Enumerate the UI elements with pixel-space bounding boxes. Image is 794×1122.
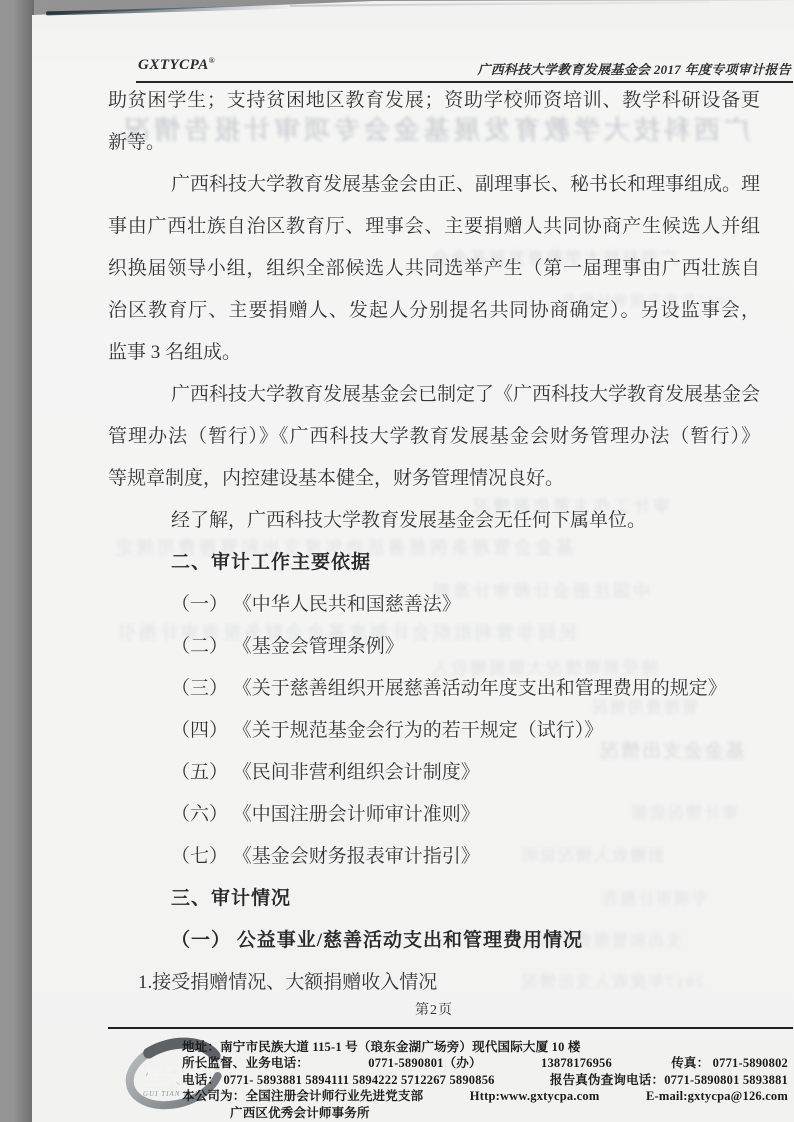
- body-line: 事由广西壮族自治区教育厅、理事会、主要捐赠人共同协商产生候选人并组: [108, 206, 760, 248]
- footer-contact-block: 地址：南宁市民族大道 115-1 号（琅东金湖广场旁）现代国际大厦 10 楼 所…: [182, 1039, 788, 1121]
- header-firm-abbrev: GXTYCPA®: [138, 56, 215, 74]
- body-line: 助贫困学生；支持贫困地区教育发展；资助学校师资培训、教学科研设备更: [108, 80, 760, 122]
- body-line: 二、审计工作主要依据: [108, 542, 760, 584]
- scanned-page: GXTYCPA® 广西科技大学教育发展基金会 2017 年度专项审计报告 广西科…: [32, 0, 794, 1122]
- body-line: （一） 《中华人民共和国慈善法》: [108, 584, 760, 626]
- verify-label: 报告真伪查询电话：: [550, 1073, 664, 1087]
- body-line: （六） 《中国注册会计师审计准则》: [108, 794, 760, 836]
- body-line: 织换届领导小组，组织全部候选人共同选举产生（第一届理事由广西壮族自: [108, 248, 760, 290]
- body-line: 广西科技大学教育发展基金会由正、副理事长、秘书长和理事组成。理: [108, 164, 760, 206]
- footer-honor2-line: 广西区优秀会计师事务所: [182, 1105, 788, 1121]
- fax-label: 传真：: [671, 1056, 709, 1070]
- header-report-title: 广西科技大学教育发展基金会 2017 年度专项审计报告: [477, 59, 791, 78]
- body-line: （三） 《关于慈善组织开展慈善活动年度支出和管理费用的规定》: [108, 668, 760, 710]
- body-line: （五） 《民间非营利组织会计制度》: [108, 752, 760, 794]
- address-value: 南宁市民族大道 115-1 号（琅东金湖广场旁）现代国际大厦 10 楼: [220, 1040, 580, 1054]
- footer-address-line: 地址：南宁市民族大道 115-1 号（琅东金湖广场旁）现代国际大厦 10 楼: [182, 1039, 788, 1055]
- body-text: 助贫困学生；支持贫困地区教育发展；资助学校师资培训、教学科研设备更新等。广西科技…: [108, 80, 760, 1004]
- office-phone: 0771-5890801（办）: [368, 1055, 481, 1071]
- footer-phone-line: 所长监督、业务电话： 0771-5890801（办） 13878176956 传…: [182, 1055, 788, 1071]
- scanner-background: { "header": { "firm_abbrev": "GXTYCPA", …: [0, 0, 794, 1122]
- honor-group: 本公司为：全国注册会计师行业先进党支部: [182, 1088, 423, 1104]
- body-line: （四） 《关于规范基金会行为的若干规定（试行）》: [108, 710, 760, 752]
- page-number: 第2页: [108, 999, 760, 1019]
- body-line: 经了解，广西科技大学教育发展基金会无任何下属单位。: [108, 500, 760, 542]
- company-label: 本公司为：: [182, 1089, 246, 1103]
- body-line: 1.接受捐赠情况、大额捐赠收入情况: [108, 962, 760, 1004]
- tel-numbers: 0771- 5893881 5894111 5894222 5712267 58…: [223, 1073, 494, 1087]
- mobile-phone: 13878176956: [541, 1055, 612, 1071]
- company-honor: 全国注册会计师行业先进党支部: [246, 1089, 424, 1103]
- verify-numbers: 0771-5890801 5893881: [664, 1073, 788, 1087]
- director-phone-label: 所长监督、业务电话：: [182, 1055, 309, 1071]
- body-line: 三、审计情况: [108, 878, 760, 920]
- fax-group: 传真： 0771-5890802: [671, 1055, 788, 1071]
- tel-label: 电话：: [182, 1073, 220, 1087]
- tel-group: 电话： 0771- 5893881 5894111 5894222 571226…: [182, 1072, 495, 1088]
- registered-mark-icon: ®: [209, 56, 215, 65]
- firm-abbrev-text: GXTYCPA: [138, 57, 209, 73]
- body-line: 治区教育厅、主要捐赠人、发起人分别提名共同协商确定）。另设监事会，: [108, 290, 760, 332]
- body-line: （七） 《基金会财务报表审计指引》: [108, 836, 760, 878]
- body-line: 管理办法（暂行）》《广西科技大学教育发展基金会财务管理办法（暂行）》: [108, 416, 760, 458]
- body-line: 等规章制度，内控建设基本健全，财务管理情况良好。: [108, 458, 760, 500]
- paper-edge-shadow: [14, 0, 34, 1122]
- email-text: E-mail:gxtycpa@126.com: [646, 1088, 788, 1104]
- verify-group: 报告真伪查询电话：0771-5890801 5893881: [550, 1072, 788, 1088]
- website-text: Http:www.gxtycpa.com: [470, 1088, 600, 1104]
- body-line: 广西科技大学教育发展基金会已制定了《广西科技大学教育发展基金会: [108, 374, 760, 416]
- body-line: （一） 公益事业/慈善活动支出和管理费用情况: [108, 920, 760, 962]
- footer-rule: [108, 1027, 793, 1029]
- body-line: （二） 《基金会管理条例》: [108, 626, 760, 668]
- footer-tel-line: 电话： 0771- 5893881 5894111 5894222 571226…: [182, 1072, 788, 1088]
- fax-number: 0771-5890802: [713, 1056, 788, 1070]
- address-label: 地址：: [182, 1040, 220, 1054]
- body-line: 监事 3 名组成。: [108, 332, 760, 374]
- footer-company-line: 本公司为：全国注册会计师行业先进党支部 Http:www.gxtycpa.com…: [182, 1088, 788, 1104]
- body-line: 新等。: [108, 122, 760, 164]
